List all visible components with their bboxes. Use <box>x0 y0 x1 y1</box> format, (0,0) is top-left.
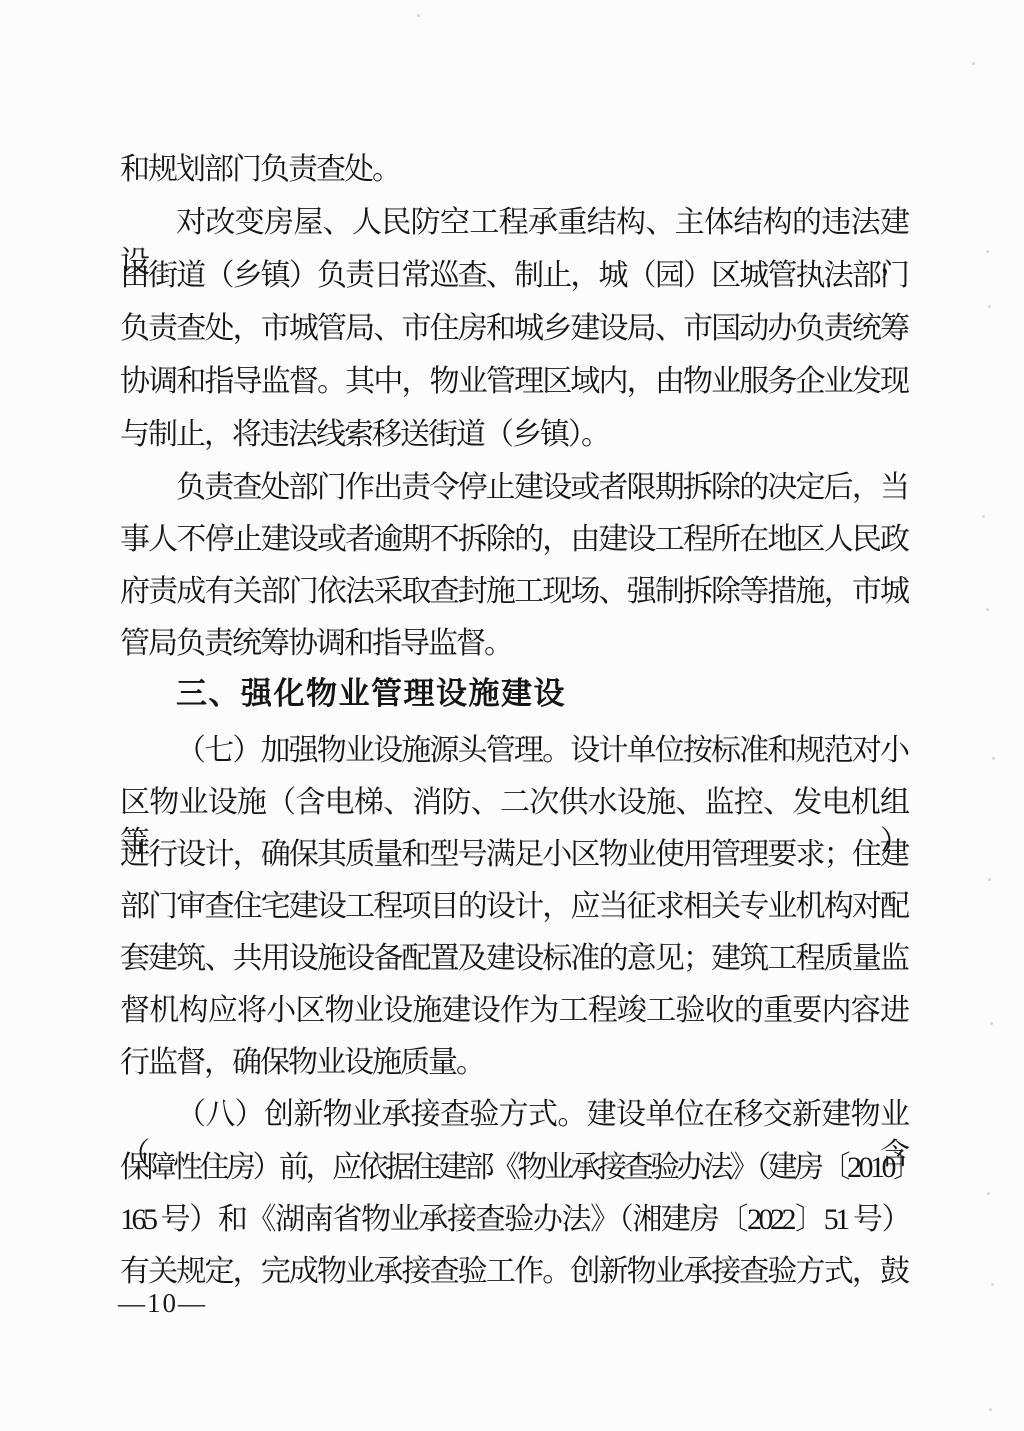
scan-noise-speck <box>992 757 995 760</box>
scan-noise-speck <box>987 1192 990 1195</box>
text-line: 和规划部门负责查处。 <box>120 150 908 190</box>
text-line: 府责成有关部门依法采取查封施工现场、强制拆除等措施，市城 <box>120 572 908 612</box>
text-line: 套建筑、共用设施设备配置及建设标准的意见；建筑工程质量监 <box>120 939 908 979</box>
scan-noise-speck <box>989 1408 992 1411</box>
scan-noise-speck <box>988 305 991 308</box>
text-line: 负责查处部门作出责令停止建设或者限期拆除的决定后，当 <box>120 468 908 508</box>
scan-noise-speck <box>990 1022 993 1025</box>
scan-noise-speck <box>417 14 420 17</box>
text-line: 管局负责统筹协调和指导监督。 <box>120 624 908 664</box>
text-line: 165 号）和《湖南省物业承接查验办法》（湘建房〔2022〕51 号） <box>120 1200 908 1240</box>
text-line: 有关规定，完成物业承接查验工作。创新物业承接查验方式，鼓 <box>120 1252 908 1292</box>
page-number: —10— <box>118 1288 207 1319</box>
text-line: 行监督，确保物业设施质量。 <box>120 1043 908 1083</box>
text-line: 事人不停止建设或者逾期不拆除的，由建设工程所在地区人民政 <box>120 520 908 560</box>
scan-noise-speck <box>986 608 989 611</box>
text-line: 由街道（乡镇）负责日常巡查、制止，城（园）区城管执法部门 <box>120 256 908 296</box>
scan-noise-speck <box>982 515 985 518</box>
scan-noise-speck <box>986 250 989 253</box>
text-line: 与制止，将违法线索移送街道（乡镇）。 <box>120 415 908 455</box>
document-page: 和规划部门负责查处。 对改变房屋、人民防空工程承重结构、主体结构的违法建设， 由… <box>0 0 1024 1431</box>
scan-noise-speck <box>991 1283 994 1286</box>
text-line: （七）加强物业设施源头管理。设计单位按标准和规范对小 <box>120 731 908 771</box>
scan-noise-speck <box>972 62 975 65</box>
text-line: 负责查处，市城管局、市住房和城乡建设局、市国动办负责统筹 <box>120 309 908 349</box>
text-line: 进行设计，确保其质量和型号满足小区物业使用管理要求；住建 <box>120 835 908 875</box>
scan-noise-speck <box>988 878 991 881</box>
text-line: 督机构应将小区物业设施建设作为工程竣工验收的重要内容进 <box>120 991 908 1031</box>
text-line: 部门审查住宅建设工程项目的设计，应当征求相关专业机构对配 <box>120 887 908 927</box>
text-line: 保障性住房）前，应依据住建部《物业承接查验办法》（建房〔2010〕 <box>120 1148 908 1188</box>
text-line: 协调和指导监督。其中，物业管理区域内，由物业服务企业发现 <box>120 362 908 402</box>
section-heading: 三、强化物业管理设施建设 <box>120 674 908 714</box>
